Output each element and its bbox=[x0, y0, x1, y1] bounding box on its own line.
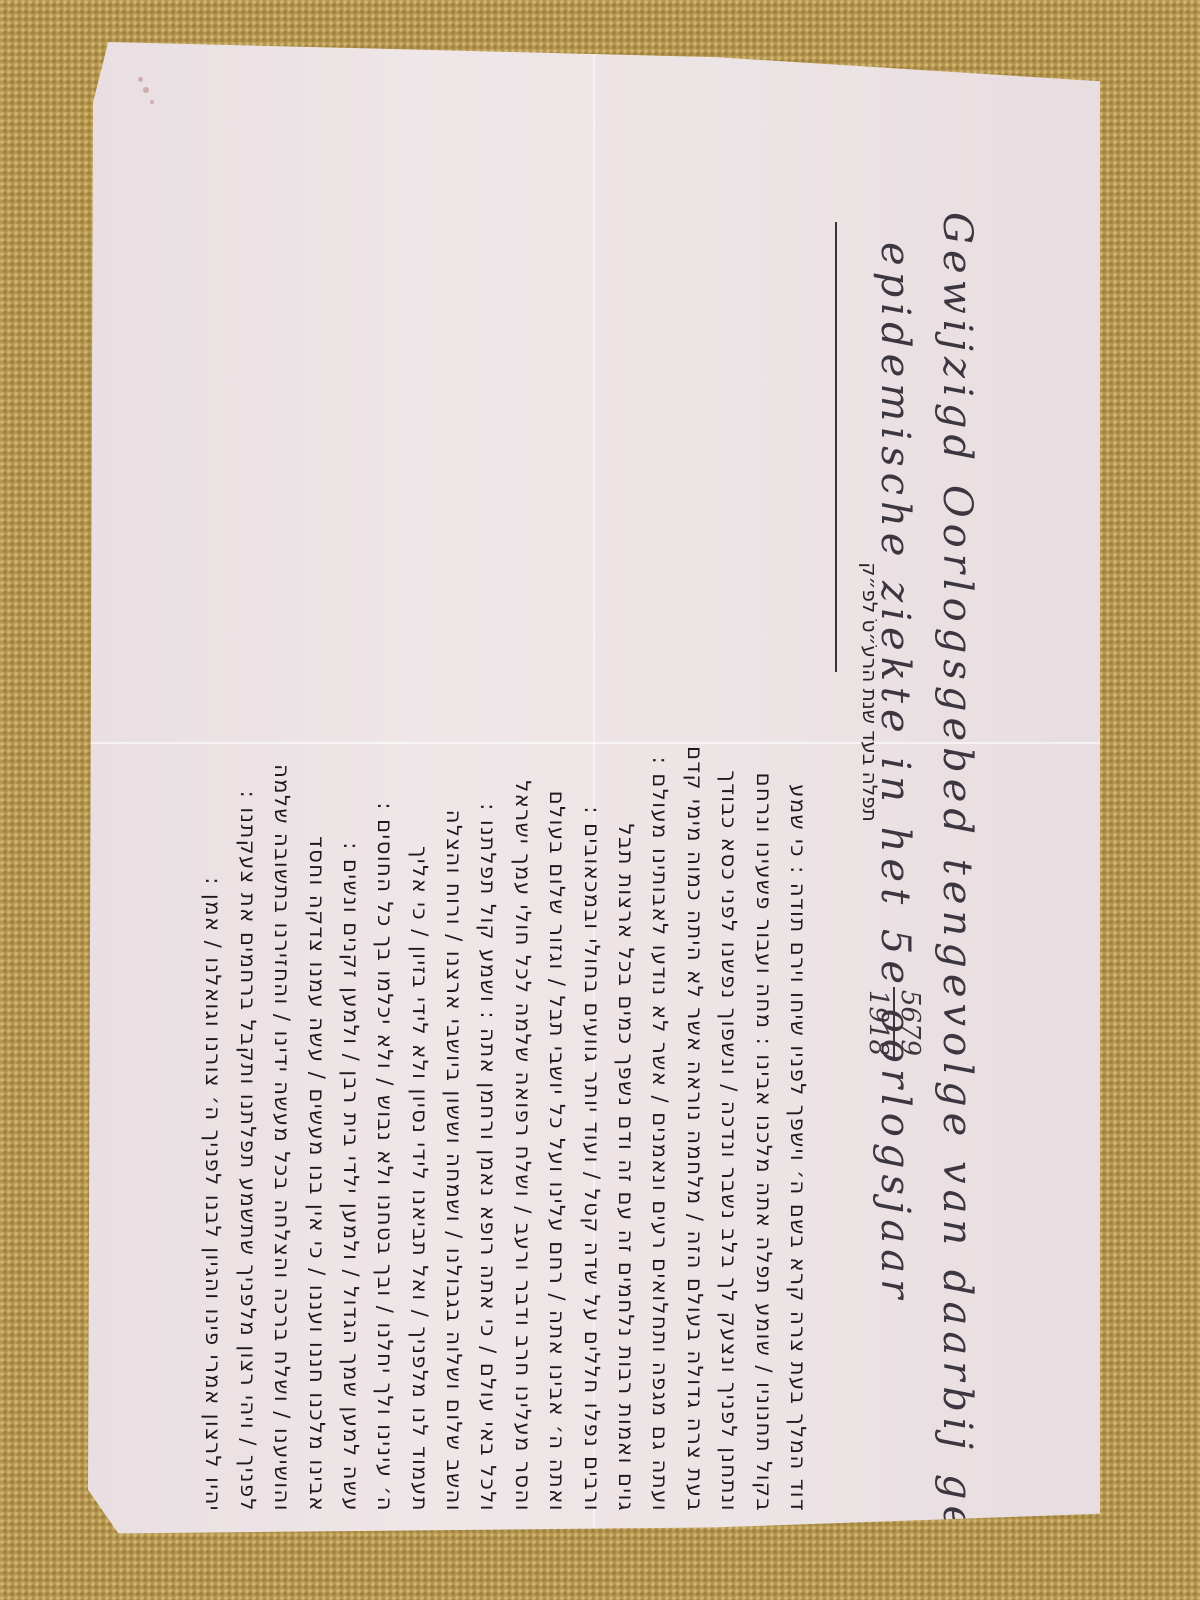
prayer-heading: תפלה בעד שנת הרעֹ״טֹ לפ״ק bbox=[858, 482, 882, 902]
prayer-line: בקול תחנוניו / שומע תפלה אתה מלכנו אבינו… bbox=[746, 72, 780, 1512]
handwritten-annotation-line-1: Gewijzigd Oorlogsgebed tengevolge van da… bbox=[934, 212, 980, 1392]
prayer-line: והושיענו / ושלח ברכה והצלחה בכל מעשה ידי… bbox=[265, 72, 299, 1512]
prayer-line: אבינו מלכנו חננו ועננו / כי אין בנו מעשי… bbox=[299, 72, 333, 1512]
prayer-line: בעת צרה גדולה בעולם הזה / מלחמה נוראה אש… bbox=[677, 72, 711, 1512]
prayer-line: ורבים נפלו חללים על שדה קטל / ועוד יותר … bbox=[574, 72, 608, 1512]
prayer-line: והסר מעלינו חרב ודבר ורעב / ושלח רפואה ש… bbox=[505, 72, 539, 1512]
document-paper: Gewijzigd Oorlogsgebed tengevolge van da… bbox=[88, 42, 1100, 1550]
prayer-body: דוד המלך בעת צרה קרא בשם ה׳ וישפך לפניו … bbox=[196, 72, 815, 1512]
prayer-line: יהיו לרצון אמרי פינו והגיון לבנו לפניך ה… bbox=[196, 72, 230, 1512]
handwritten-year: 5679 1918 bbox=[863, 987, 925, 1059]
prayer-line: עשה למען שמך הגדול / ולמען ילדי בית רבן … bbox=[334, 72, 368, 1512]
year-hebrew: 5679 bbox=[893, 987, 925, 1059]
prayer-line: ועתה גם מגפה ותחלואים רעים ונאמנים / אשר… bbox=[643, 72, 677, 1512]
prayer-line: דוד המלך בעת צרה קרא בשם ה׳ וישפך לפניו … bbox=[781, 72, 815, 1512]
prayer-line: והשב שלום ושלוה בגבולנו / ושמחה וששון בי… bbox=[437, 72, 471, 1512]
heading-rule bbox=[835, 222, 837, 672]
prayer-line: ואתה ה׳ אבינו אתה / רחם עלינו ועל כל יוש… bbox=[540, 72, 574, 1512]
year-gregorian: 1918 bbox=[863, 990, 893, 1056]
prayer-line: ונתחנן לפניך ונצעק לך בלב נשבר ונדכה / ו… bbox=[712, 72, 746, 1512]
prayer-line: גוים ואמות רבות נלחמים זה עם זה ודם נשפך… bbox=[609, 72, 643, 1512]
prayer-line: לפניך / ויהי רצון מלפניך שתשמע תפלתנו ות… bbox=[230, 72, 264, 1512]
prayer-line: תעמוד לנו מלפניך / ואל תביאנו לידי נסיון… bbox=[402, 72, 436, 1512]
rotated-page-content: Gewijzigd Oorlogsgebed tengevolge van da… bbox=[88, 42, 1100, 1550]
prayer-line: ולכל באי עולם / כי אתה רופא נאמן ורחמן א… bbox=[471, 72, 505, 1512]
prayer-line: ה׳ עינינו ולך יחלנו / ובך בטחנו ולא נבוש… bbox=[368, 72, 402, 1512]
